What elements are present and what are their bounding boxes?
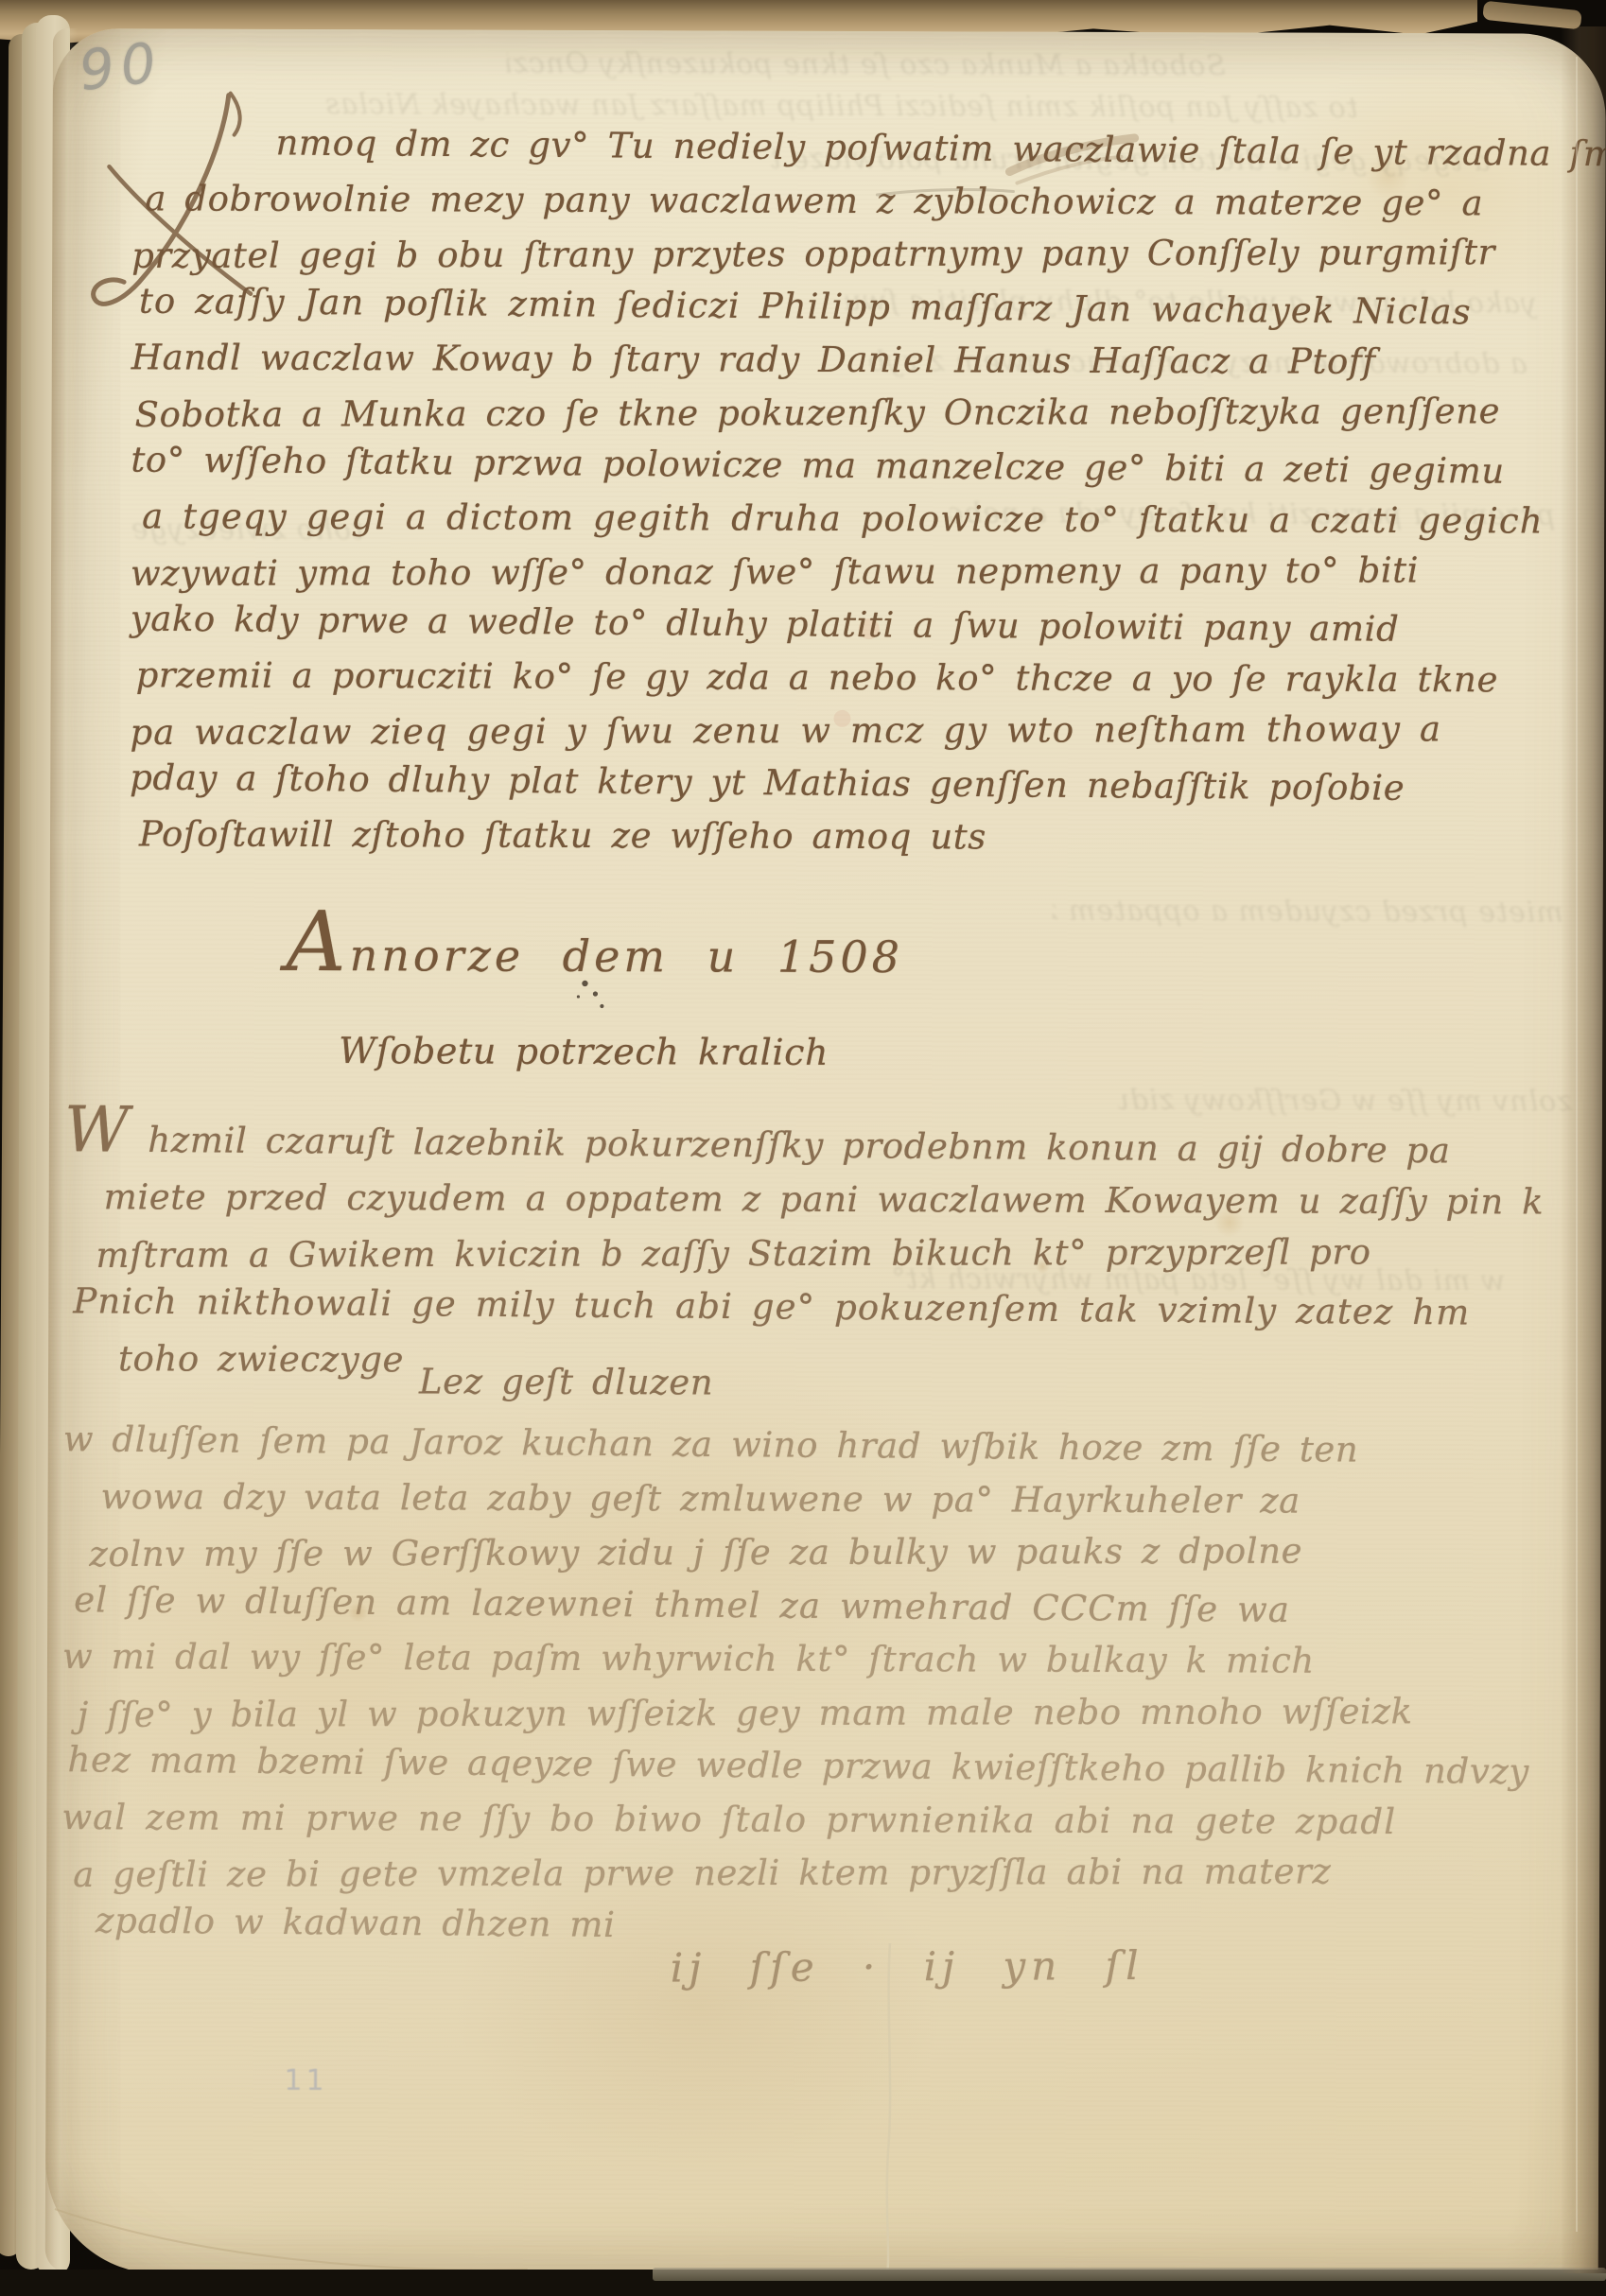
manuscript-line: W hzmil czaruſt lazebnik pokurzenſſky pr… <box>64 1112 1578 1178</box>
manuscript-line: Sobotka a Munka czo ſe tkne pokuzenſky O… <box>135 385 1588 442</box>
manuscript-line: yako kdy prwe a wedle to° dluhy platiti … <box>131 593 1587 658</box>
manuscript-photo: Sobotka a Munka czo ſe tkne pokuzenſky O… <box>0 0 1606 2296</box>
manuscript-line: w mi dal wy ſſe° leta paſm whyrwich kt° … <box>62 1630 1576 1689</box>
entry-3-sum-line: ij ſſe · ij yn ſl <box>671 1942 1144 1992</box>
manuscript-line: pday a ſtoho dluhy plat ktery yt Mathias… <box>130 752 1586 817</box>
manuscript-line: zolnv my ſſe w Gerſſkowy zidu j ſſe za b… <box>89 1524 1576 1582</box>
entry-2-text: W hzmil czaruſt lazebnik pokurzenſſky pr… <box>63 1116 1578 1391</box>
manuscript-line: to° wſſeho ſtatku przwa polowicze ma man… <box>131 434 1587 499</box>
entry-2-margin-note: Lez geſt dluzen <box>419 1361 713 1402</box>
book-top-edge-fold <box>1482 1 1582 30</box>
showthrough-line: zolnv my ſſe w Gerſſkowy zidu j ſſe za b… <box>1118 1084 1572 1119</box>
page-right-edge-highlight <box>1576 57 1578 2232</box>
manuscript-line: Poſoſtawill zſtoho ſtatku ze wſſeho amoq… <box>139 808 1586 865</box>
manuscript-line: hez mam bzemi ſwe aqeyze ſwe wedle przwa… <box>67 1733 1575 1800</box>
manuscript-line: wowa dzy vata leta zaby geſt zmluwene w … <box>100 1470 1576 1529</box>
manuscript-line: wal zem mi prwe ne ſſy bo biwo ſtalo prw… <box>61 1791 1575 1850</box>
page-right-edge-shadow <box>1561 26 1606 2273</box>
manuscript-line: Pnich nikthowali ge mily tuch abi ge° po… <box>73 1274 1577 1340</box>
manuscript-line: j ſſe° y bila yl w pokuzyn wſſeizk gey m… <box>78 1684 1576 1742</box>
manuscript-line: wzywati yma toho wſſe° donaz ſwe° ſtawu … <box>131 544 1587 600</box>
manuscript-line: pa waczlaw zieq gegi y ſwu zenu w mcz gy… <box>130 703 1586 759</box>
manuscript-line: przemii a porucziti ko° ſe gy zda a nebo… <box>136 649 1587 706</box>
manuscript-line: nmoq dm zc gv° Tu nediely poſwatim waczl… <box>275 116 1588 181</box>
page-bottom-edge <box>653 2268 1606 2281</box>
manuscript-page: Sobotka a Munka czo ſe tkne pokuzenſky O… <box>45 28 1606 2279</box>
archive-stamp: 11 <box>284 2064 327 2097</box>
entry-2-day-heading: Wſobetu potrzech kralich <box>339 1030 829 1073</box>
manuscript-line: a geſtli ze bi gete vmzela prwe nezli kt… <box>73 1845 1575 1903</box>
showthrough-line: miete przed czyudem a oppatem z pani wac… <box>1053 895 1563 930</box>
entry-3-text: w dluſſen ſem pa Jaroz kuchan za wino hr… <box>61 1417 1577 1957</box>
showthrough-line: Sobotka a Munka czo ſe tkne pokuzenſky O… <box>507 47 1226 83</box>
manuscript-line: to zaſſy Jan poſlik zmin ſediczi Philipp… <box>139 275 1588 340</box>
manuscript-line: w dluſſen ſem pa Jaroz kuchan za wino hr… <box>63 1413 1577 1479</box>
manuscript-line: a tgeqy gegi a dictom gegith druha polow… <box>142 490 1587 548</box>
entry-1-text: nmoq dm zc gv° Tu nediely poſwatim waczl… <box>130 119 1589 865</box>
manuscript-line: a dobrowolnie mezy pany waczlawem z zybl… <box>145 172 1588 230</box>
manuscript-line: mſtram a Gwikem kviczin b zaſſy Stazim b… <box>96 1225 1577 1282</box>
manuscript-line: przyatel gegi b obu ſtrany przytes oppat… <box>131 226 1588 283</box>
manuscript-line: toho zwieczyge <box>118 1331 1577 1390</box>
folio-number: 90 <box>76 29 166 103</box>
manuscript-line: miete przed czyudem a oppatem z pani wac… <box>104 1170 1578 1228</box>
manuscript-line: el ſſe w dluſſen am lazewnei thmel za wm… <box>74 1574 1576 1640</box>
manuscript-line: Handl waczlaw Koway b ſtary rady Daniel … <box>131 331 1588 389</box>
entry-2-date-heading: Annorze dem u 1508 <box>286 930 903 983</box>
